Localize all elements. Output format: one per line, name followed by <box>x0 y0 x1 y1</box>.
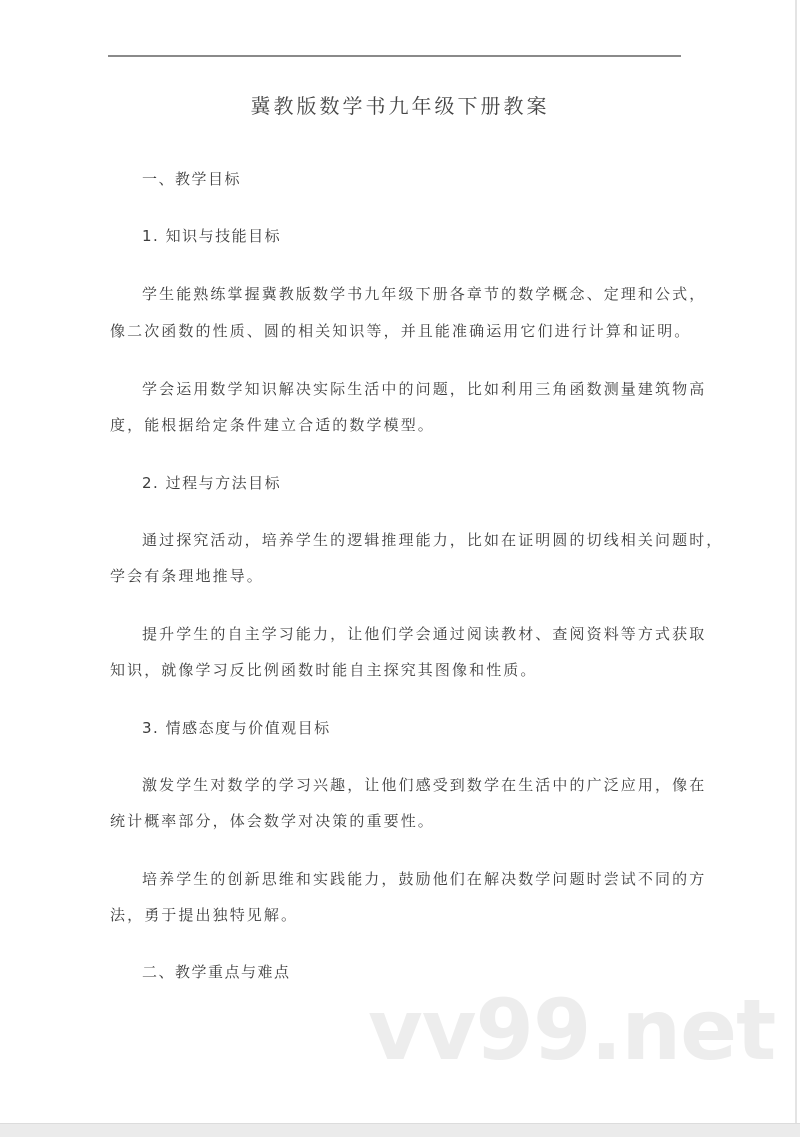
subsection-heading: 2. 过程与方法目标 <box>142 472 281 494</box>
watermark: vv99.net <box>368 985 775 1075</box>
paragraph-line: 知识，就像学习反比例函数时能自主探究其图像和性质。 <box>110 659 538 681</box>
paragraph-line: 统计概率部分，体会数学对决策的重要性。 <box>110 810 435 832</box>
header-rule <box>108 55 681 57</box>
page-bottom-edge <box>0 1123 800 1137</box>
document-page: 冀教版数学书九年级下册教案 一、教学目标 1. 知识与技能目标 学生能熟练掌握冀… <box>0 0 797 1123</box>
document-title: 冀教版数学书九年级下册教案 <box>0 92 800 120</box>
paragraph-line: 培养学生的创新思维和实践能力，鼓励他们在解决数学问题时尝试不同的方 <box>142 868 706 890</box>
paragraph-line: 激发学生对数学的学习兴趣，让他们感受到数学在生活中的广泛应用，像在 <box>142 774 706 796</box>
paragraph-line: 法，勇于提出独特见解。 <box>110 904 298 926</box>
paragraph-line: 度，能根据给定条件建立合适的数学模型。 <box>110 414 435 436</box>
section-heading: 一、教学目标 <box>142 168 241 190</box>
section-heading: 二、教学重点与难点 <box>142 961 291 983</box>
paragraph-line: 通过探究活动，培养学生的逻辑推理能力，比如在证明圆的切线相关问题时， <box>142 529 723 551</box>
paragraph-line: 学会运用数学知识解决实际生活中的问题，比如利用三角函数测量建筑物高 <box>142 378 706 400</box>
subsection-heading: 3. 情感态度与价值观目标 <box>142 717 331 739</box>
paragraph-line: 学会有条理地推导。 <box>110 565 264 587</box>
paragraph-line: 提升学生的自主学习能力，让他们学会通过阅读教材、查阅资料等方式获取 <box>142 623 706 645</box>
paragraph-line: 像二次函数的性质、圆的相关知识等，并且能准确运用它们进行计算和证明。 <box>110 320 691 342</box>
subsection-heading: 1. 知识与技能目标 <box>142 225 281 247</box>
paragraph-line: 学生能熟练掌握冀教版数学书九年级下册各章节的数学概念、定理和公式， <box>142 283 706 305</box>
